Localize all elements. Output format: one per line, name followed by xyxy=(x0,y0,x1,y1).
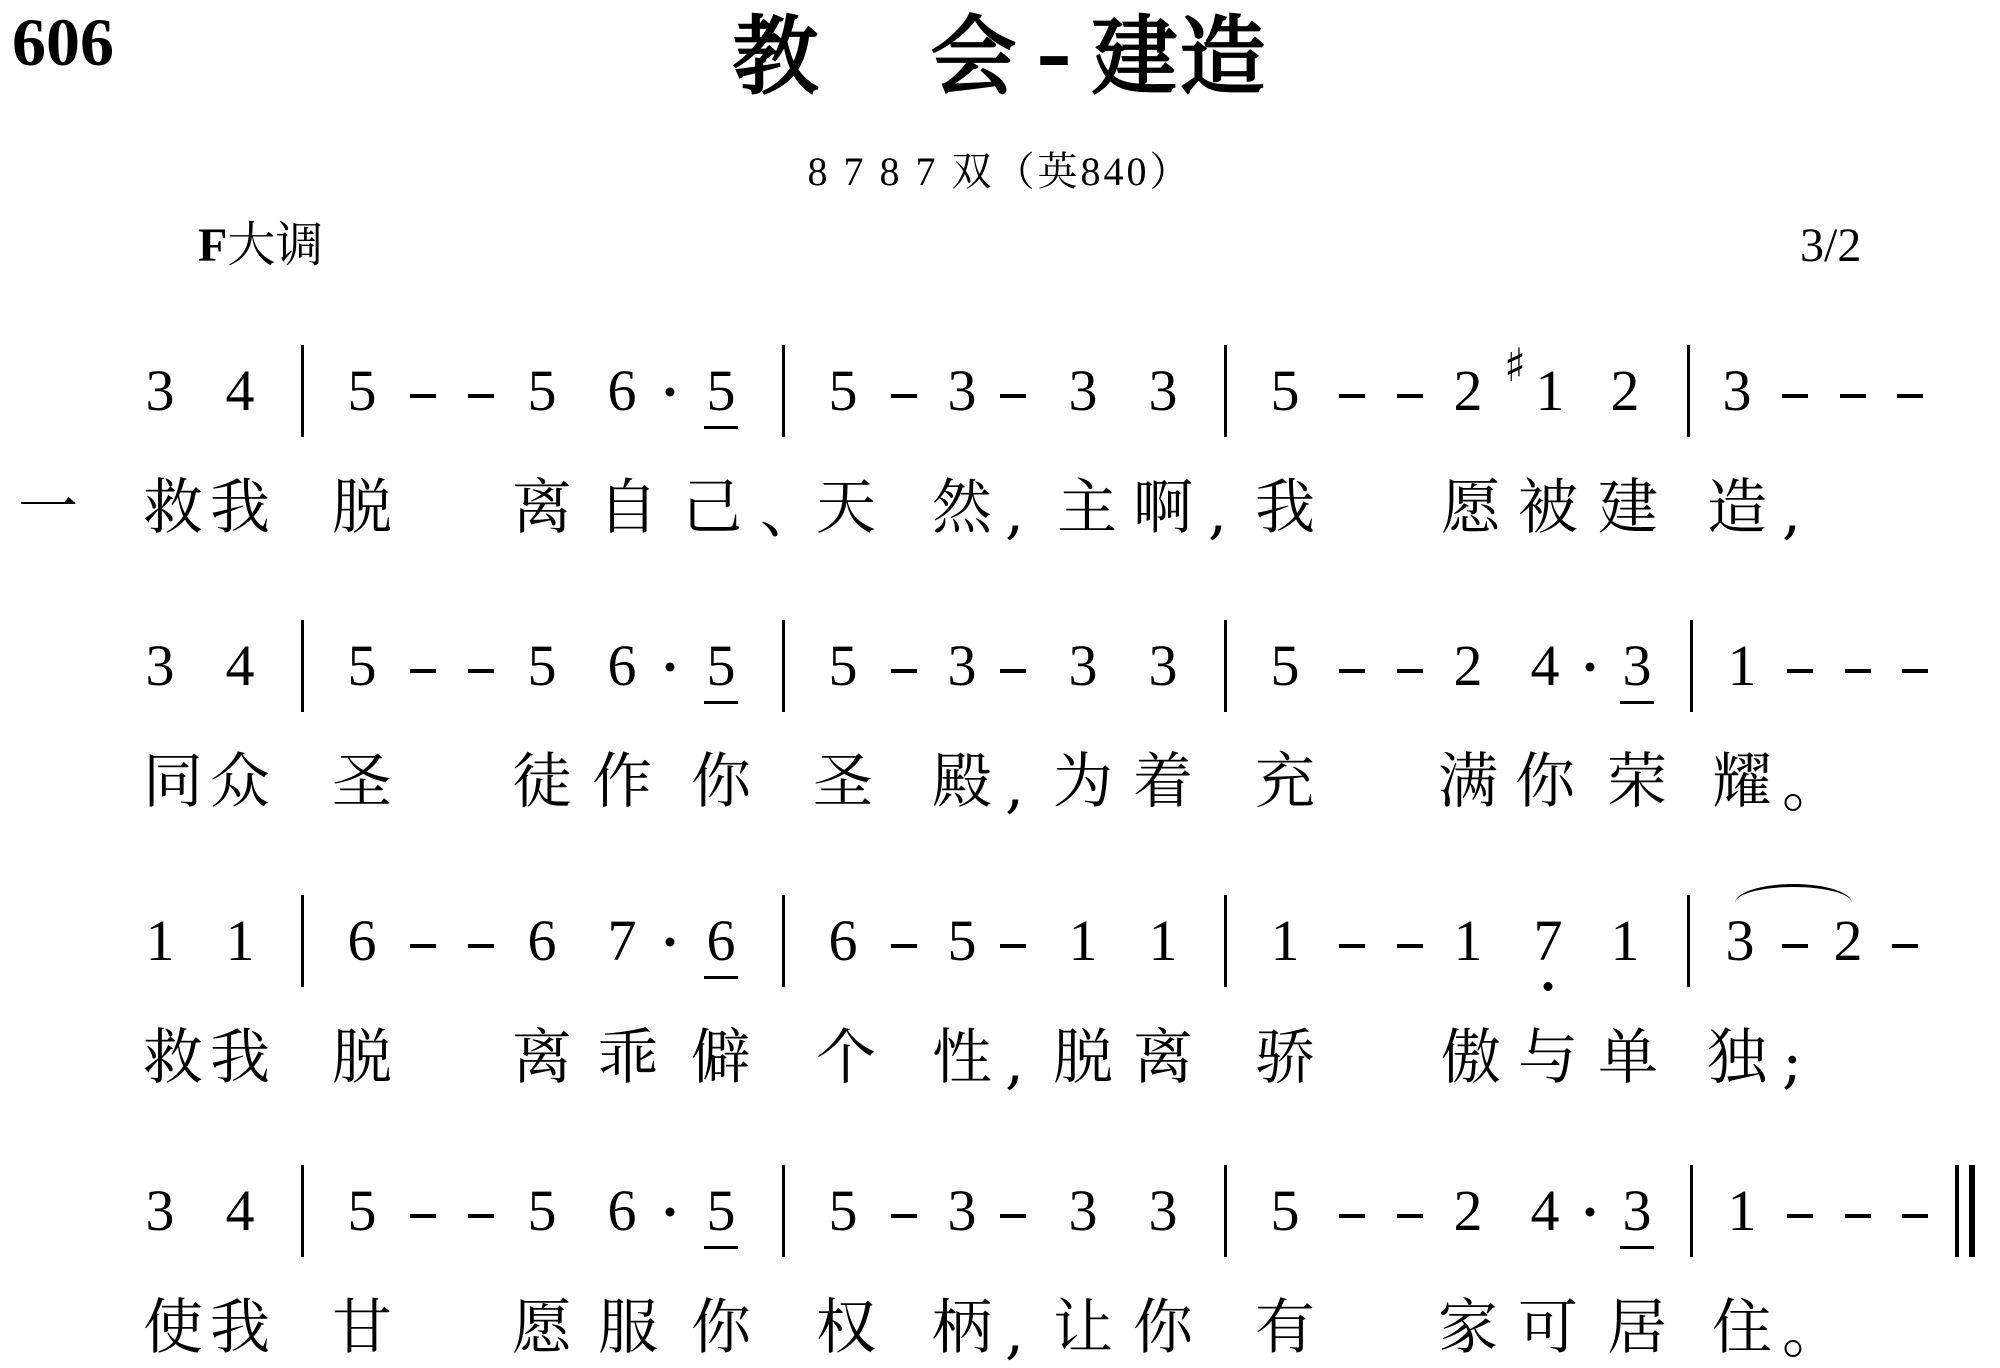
duration-dash xyxy=(1339,944,1365,948)
lyric-punctuation: 。 xyxy=(1782,1302,1842,1362)
lyric-syllable: 为 xyxy=(1053,752,1113,812)
note: 5 xyxy=(348,362,377,420)
note: 2 xyxy=(1454,1182,1483,1240)
note: 5 xyxy=(1271,637,1300,695)
eighth-underline xyxy=(1620,1246,1654,1249)
lyric-syllable: 我 xyxy=(1255,478,1315,538)
note: 1 xyxy=(226,912,255,970)
augmentation-dot xyxy=(666,388,675,397)
note: 3 xyxy=(1726,912,1755,970)
eighth-underline xyxy=(704,426,738,429)
lyric-syllable: 离 xyxy=(512,1028,572,1088)
lyric-syllable: 居 xyxy=(1607,1298,1667,1358)
duration-dash xyxy=(1397,1214,1423,1218)
note: 5 xyxy=(348,1182,377,1240)
note: 3 xyxy=(1723,362,1752,420)
barline xyxy=(782,1165,785,1257)
duration-dash xyxy=(891,944,917,948)
barline xyxy=(1224,895,1227,987)
note: 1 xyxy=(1069,912,1098,970)
barline xyxy=(782,895,785,987)
title-part-2: 会 xyxy=(931,7,1019,107)
lyric-syllable: 让 xyxy=(1053,1298,1113,1358)
barline xyxy=(1690,620,1693,712)
lyric-syllable: 单 xyxy=(1598,1028,1658,1088)
note: 4 xyxy=(226,1182,255,1240)
lyric-syllable: 你 xyxy=(1133,1298,1193,1358)
lyric-syllable: 住 xyxy=(1712,1298,1772,1358)
duration-dash xyxy=(1000,944,1026,948)
augmentation-dot xyxy=(666,1208,675,1217)
lyric-syllable: 脱 xyxy=(332,1028,392,1088)
note: 6 xyxy=(707,912,736,970)
lyric-syllable: 众 xyxy=(210,752,270,812)
lyric-syllable: 愿 xyxy=(1441,478,1501,538)
duration-dash xyxy=(468,1214,494,1218)
lyric-syllable: 骄 xyxy=(1255,1028,1315,1088)
note: 5 xyxy=(528,362,557,420)
barline xyxy=(301,345,304,437)
note: 2 xyxy=(1454,362,1483,420)
duration-dash xyxy=(1902,669,1928,673)
eighth-underline xyxy=(1620,701,1654,704)
duration-dash xyxy=(468,944,494,948)
note: 5 xyxy=(348,637,377,695)
note: 3 xyxy=(1069,1182,1098,1240)
duration-dash xyxy=(1000,394,1026,398)
note: 5 xyxy=(707,637,736,695)
barline xyxy=(1224,1165,1227,1257)
note: 4 xyxy=(1531,1182,1560,1240)
barline xyxy=(782,345,785,437)
title-part-1: 教 xyxy=(733,7,821,107)
lyric-syllable: 然 xyxy=(932,478,992,538)
lyric-syllable: 己 xyxy=(682,478,742,538)
note: 6 xyxy=(608,362,637,420)
note: 2 xyxy=(1834,912,1863,970)
duration-dash xyxy=(1840,394,1866,398)
lyric-syllable: 你 xyxy=(691,1298,751,1358)
lyric-syllable: 徒 xyxy=(512,752,572,812)
note: 3 xyxy=(1069,637,1098,695)
note: 4 xyxy=(226,637,255,695)
lyric-syllable: 作 xyxy=(592,752,652,812)
lyric-syllable: 与 xyxy=(1518,1028,1578,1088)
lyric-punctuation: , xyxy=(1208,482,1227,542)
lyric-syllable: 救 xyxy=(143,478,203,538)
lyric-syllable: 服 xyxy=(598,1298,658,1358)
note: 6 xyxy=(608,1182,637,1240)
duration-dash xyxy=(410,944,436,948)
lyric-syllable: 被 xyxy=(1518,478,1578,538)
title-dash: – xyxy=(1037,21,1074,91)
barline xyxy=(301,895,304,987)
barline xyxy=(1687,895,1690,987)
lyric-syllable: 乖 xyxy=(598,1028,658,1088)
note: 7 xyxy=(1534,912,1563,970)
note: 1 xyxy=(1271,912,1300,970)
lyric-syllable: 傲 xyxy=(1441,1028,1501,1088)
duration-dash xyxy=(1782,394,1808,398)
augmentation-dot xyxy=(1586,663,1595,672)
barline xyxy=(782,620,785,712)
key-letter: F xyxy=(198,219,227,272)
lyric-syllable: 你 xyxy=(1515,752,1575,812)
note: 2 xyxy=(1611,362,1640,420)
lyric-syllable: 着 xyxy=(1133,752,1193,812)
note: 6 xyxy=(608,637,637,695)
note: 4 xyxy=(1531,637,1560,695)
slur-tie xyxy=(1735,884,1852,903)
duration-dash xyxy=(1845,669,1871,673)
eighth-underline xyxy=(704,1246,738,1249)
duration-dash xyxy=(1397,394,1423,398)
duration-dash xyxy=(1902,1214,1928,1218)
note: 3 xyxy=(1623,1182,1652,1240)
note: 3 xyxy=(1623,637,1652,695)
duration-dash xyxy=(891,669,917,673)
lyric-syllable: 离 xyxy=(1133,1028,1193,1088)
lyric-syllable: 殿 xyxy=(932,752,992,812)
note: 1 xyxy=(1149,912,1178,970)
barline xyxy=(301,1165,304,1257)
lower-octave-dot xyxy=(1544,982,1553,991)
augmentation-dot xyxy=(666,663,675,672)
lyric-syllable: 荣 xyxy=(1607,752,1667,812)
lyric-syllable: 耀 xyxy=(1712,752,1772,812)
lyric-syllable: 我 xyxy=(210,478,270,538)
duration-dash xyxy=(410,394,436,398)
lyric-syllable: 你 xyxy=(691,752,751,812)
lyric-syllable: 充 xyxy=(1255,752,1315,812)
augmentation-dot xyxy=(666,938,675,947)
lyric-syllable: 愿 xyxy=(512,1298,572,1358)
lyric-syllable: 圣 xyxy=(813,752,873,812)
note: 6 xyxy=(528,912,557,970)
note: 4 xyxy=(226,362,255,420)
note: 3 xyxy=(146,362,175,420)
note: 3 xyxy=(948,1182,977,1240)
duration-dash xyxy=(1397,669,1423,673)
key-suffix: 大调 xyxy=(227,219,323,272)
duration-dash xyxy=(410,669,436,673)
note: 5 xyxy=(707,1182,736,1240)
eighth-underline xyxy=(704,976,738,979)
key-signature: F大调 xyxy=(198,222,323,270)
note: 1 xyxy=(1728,1182,1757,1240)
lyric-syllable: 离 xyxy=(512,478,572,538)
time-signature: 3/2 xyxy=(1800,222,1861,270)
duration-dash xyxy=(1000,1214,1026,1218)
duration-dash xyxy=(1787,1214,1813,1218)
lyric-syllable: 造 xyxy=(1707,478,1767,538)
note: 1 xyxy=(1454,912,1483,970)
duration-dash xyxy=(468,394,494,398)
note: 7 xyxy=(608,912,637,970)
note: 5 xyxy=(829,1182,858,1240)
barline xyxy=(301,620,304,712)
duration-dash xyxy=(891,394,917,398)
duration-dash xyxy=(891,1214,917,1218)
lyric-syllable: 主 xyxy=(1057,478,1117,538)
final-barline xyxy=(1955,1165,1959,1257)
lyric-syllable: 个 xyxy=(816,1028,876,1088)
lyric-syllable: 脱 xyxy=(1053,1028,1113,1088)
lyric-punctuation: 、 xyxy=(760,482,820,542)
lyric-syllable: 僻 xyxy=(691,1028,751,1088)
meter-label: 8 7 8 7 双（英840） xyxy=(0,152,2000,192)
augmentation-dot xyxy=(1586,1208,1595,1217)
hymn-title: 教会–建造 xyxy=(0,14,2000,100)
lyric-syllable: 使 xyxy=(143,1298,203,1358)
barline xyxy=(1690,1165,1693,1257)
lyric-syllable: 家 xyxy=(1438,1298,1498,1358)
duration-dash xyxy=(1000,669,1026,673)
note: 5 xyxy=(948,912,977,970)
barline xyxy=(1687,345,1690,437)
final-barline xyxy=(1969,1165,1975,1257)
lyric-syllable: 圣 xyxy=(332,752,392,812)
lyric-punctuation: ; xyxy=(1782,1032,1802,1092)
lyric-syllable: 满 xyxy=(1438,752,1498,812)
lyric-punctuation: , xyxy=(1005,482,1024,542)
note: 3 xyxy=(146,1182,175,1240)
barline xyxy=(1224,345,1227,437)
note: 5 xyxy=(829,362,858,420)
note: 6 xyxy=(348,912,377,970)
note: 1 xyxy=(146,912,175,970)
note: 3 xyxy=(146,637,175,695)
lyric-syllable: 同 xyxy=(143,752,203,812)
eighth-underline xyxy=(704,701,738,704)
title-part-3: 建造 xyxy=(1092,7,1268,107)
note: 5 xyxy=(829,637,858,695)
lyric-syllable: 权 xyxy=(816,1298,876,1358)
note: 3 xyxy=(948,637,977,695)
barline xyxy=(1224,620,1227,712)
lyric-punctuation: 。 xyxy=(1782,756,1842,816)
lyric-syllable: 我 xyxy=(210,1028,270,1088)
note: 1 xyxy=(1536,362,1565,420)
note: 3 xyxy=(1069,362,1098,420)
duration-dash xyxy=(1787,669,1813,673)
lyric-syllable: 天 xyxy=(816,478,876,538)
lyric-punctuation: , xyxy=(1005,1302,1024,1362)
note: 3 xyxy=(1149,1182,1178,1240)
note: 1 xyxy=(1611,912,1640,970)
lyric-syllable: 救 xyxy=(143,1028,203,1088)
lyric-syllable: 柄 xyxy=(932,1298,992,1358)
note: 5 xyxy=(528,1182,557,1240)
duration-dash xyxy=(1339,1214,1365,1218)
duration-dash xyxy=(1397,944,1423,948)
lyric-syllable: 有 xyxy=(1255,1298,1315,1358)
note: 6 xyxy=(829,912,858,970)
lyric-syllable: 建 xyxy=(1598,478,1658,538)
note: 3 xyxy=(1149,362,1178,420)
duration-dash xyxy=(1339,394,1365,398)
lyric-syllable: 我 xyxy=(210,1298,270,1358)
lyric-syllable: 可 xyxy=(1518,1298,1578,1358)
lyric-syllable: 啊 xyxy=(1133,478,1193,538)
note: 5 xyxy=(528,637,557,695)
note: 3 xyxy=(1149,637,1178,695)
duration-dash xyxy=(1892,944,1918,948)
lyric-syllable: 独 xyxy=(1707,1028,1767,1088)
note: 5 xyxy=(707,362,736,420)
note: 5 xyxy=(1271,1182,1300,1240)
note: 1 xyxy=(1728,637,1757,695)
lyric-syllable: 自 xyxy=(598,478,658,538)
duration-dash xyxy=(1339,669,1365,673)
duration-dash xyxy=(1782,944,1808,948)
lyric-punctuation: , xyxy=(1005,1032,1024,1092)
sharp-sign: ♯ xyxy=(1504,342,1526,388)
lyric-punctuation: , xyxy=(1005,756,1024,816)
duration-dash xyxy=(1845,1214,1871,1218)
duration-dash xyxy=(468,669,494,673)
duration-dash xyxy=(1897,394,1923,398)
duration-dash xyxy=(410,1214,436,1218)
lyric-syllable: 性 xyxy=(932,1028,992,1088)
note: 2 xyxy=(1454,637,1483,695)
note: 5 xyxy=(1271,362,1300,420)
verse-number: 一 xyxy=(18,478,78,538)
lyric-syllable: 脱 xyxy=(332,478,392,538)
note: 3 xyxy=(948,362,977,420)
lyric-syllable: 甘 xyxy=(332,1298,392,1358)
lyric-punctuation: , xyxy=(1782,482,1801,542)
